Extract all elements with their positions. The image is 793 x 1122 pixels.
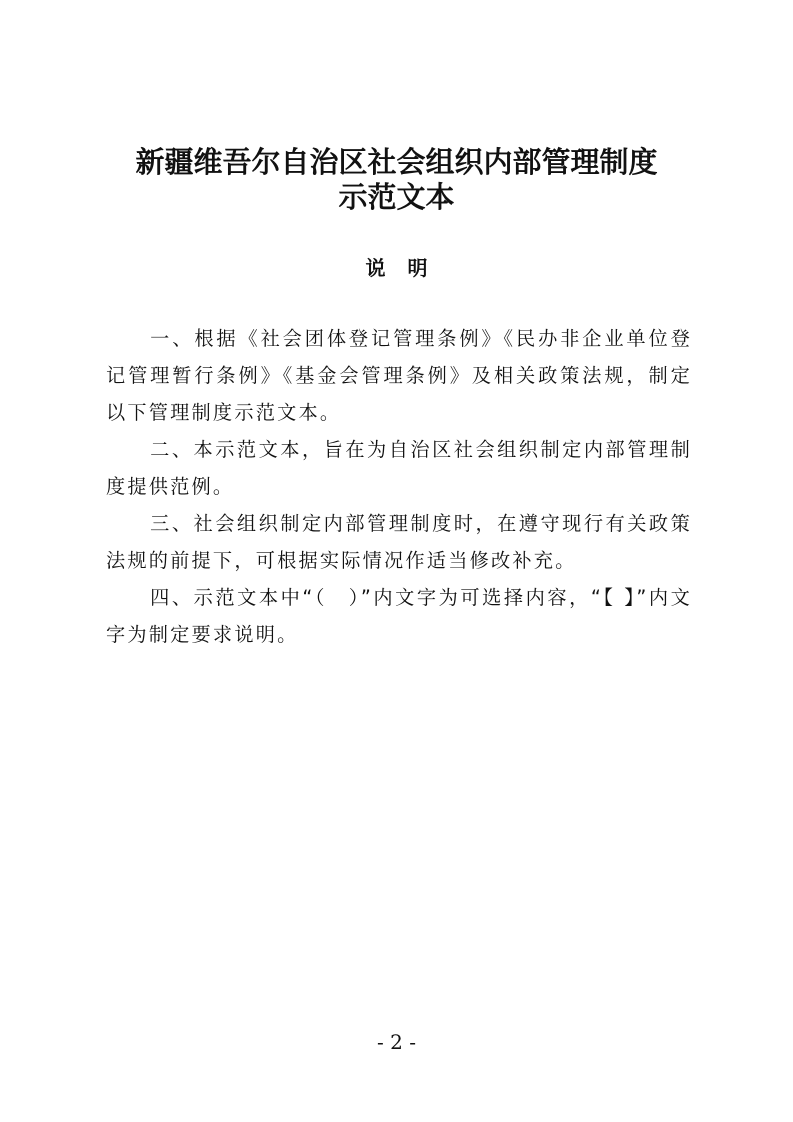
document-body: 一、根据《社会团体登记管理条例》《民办非企业单位登记管理暂行条例》《基金会管理条… bbox=[106, 320, 692, 653]
document-title-line-2: 示范文本 bbox=[0, 175, 793, 216]
paragraph-1: 一、根据《社会团体登记管理条例》《民办非企业单位登记管理暂行条例》《基金会管理条… bbox=[106, 320, 692, 431]
paragraph-4: 四、示范文本中“（ ）”内文字为可选择内容，“【 】”内文字为制定要求说明。 bbox=[106, 579, 692, 653]
section-heading: 说明 bbox=[0, 252, 793, 281]
paragraph-2: 二、本示范文本，旨在为自治区社会组织制定内部管理制度提供范例。 bbox=[106, 431, 692, 505]
page-number: - 2 - bbox=[0, 1030, 793, 1054]
paragraph-3: 三、社会组织制定内部管理制度时，在遵守现行有关政策法规的前提下，可根据实际情况作… bbox=[106, 505, 692, 579]
section-heading-char-1: 说 bbox=[366, 256, 386, 280]
section-heading-char-2: 明 bbox=[408, 256, 428, 280]
